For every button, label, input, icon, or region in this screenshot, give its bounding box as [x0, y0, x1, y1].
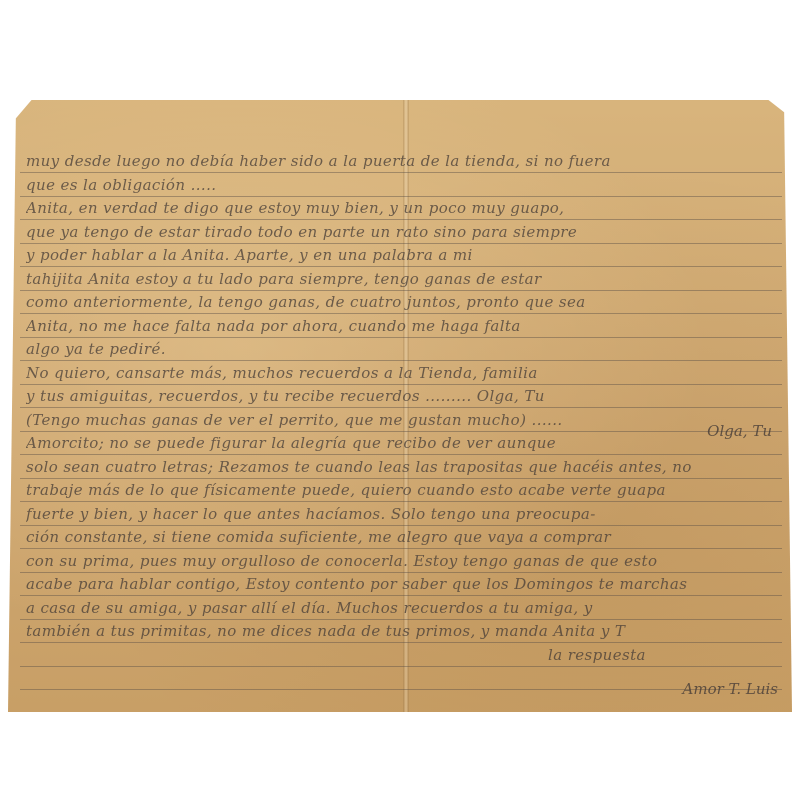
text-line: y poder hablar a la Anita. Aparte, y en …	[26, 246, 778, 270]
text-line: que ya tengo de estar tirado todo en par…	[26, 223, 778, 247]
text-line: también a tus primitas, no me dices nada…	[26, 622, 778, 646]
signature-top: Olga, Tu	[707, 422, 772, 440]
text-line: la respuesta	[548, 646, 778, 670]
text-line: No quiero, cansarte más, muchos recuerdo…	[26, 364, 778, 388]
text-line: fuerte y bien, y hacer lo que antes hací…	[26, 505, 778, 529]
text-line: y tus amiguitas, recuerdos, y tu recibe …	[26, 387, 778, 411]
ruled-line	[20, 713, 782, 714]
text-line: algo ya te pediré.	[26, 340, 778, 364]
signature-bottom: Amor T. Luis	[683, 680, 778, 698]
ruled-line	[20, 689, 782, 690]
text-line: a casa de su amiga, y pasar allí el día.…	[26, 599, 778, 623]
text-line: como anteriormente, la tengo ganas, de c…	[26, 293, 778, 317]
text-line: Anita, no me hace falta nada por ahora, …	[26, 317, 778, 341]
text-line: ción constante, si tiene comida suficien…	[26, 528, 778, 552]
text-line: tahijita Anita estoy a tu lado para siem…	[26, 270, 778, 294]
text-line: que es la obligación .....	[26, 176, 778, 200]
text-line: muy desde luego no debía haber sido a la…	[26, 152, 778, 176]
text-line: Anita, en verdad te digo que estoy muy b…	[26, 199, 778, 223]
text-line: solo sean cuatro letras; Rezamos te cuan…	[26, 458, 778, 482]
letter-paper: muy desde luego no debía haber sido a la…	[8, 100, 792, 712]
text-line: (Tengo muchas ganas de ver el perrito, q…	[26, 411, 778, 435]
text-line: trabaje más de lo que físicamente puede,…	[26, 481, 778, 505]
text-line: con su prima, pues muy orgulloso de cono…	[26, 552, 778, 576]
text-line: Amorcito; no se puede figurar la alegría…	[26, 434, 778, 458]
text-line: acabe para hablar contigo, Estoy content…	[26, 575, 778, 599]
